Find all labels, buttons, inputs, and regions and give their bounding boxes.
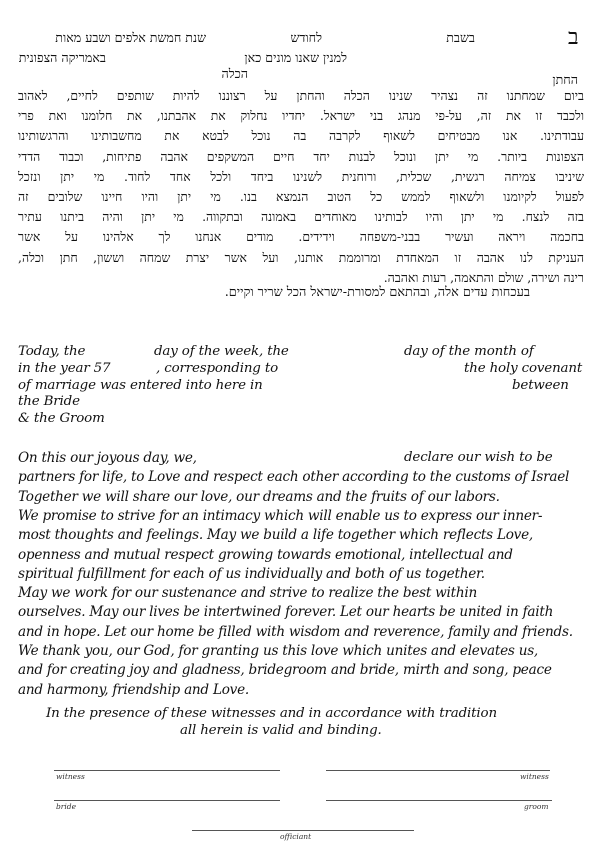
english-body-line: partners for life, to Love and respect e…: [18, 469, 569, 485]
english-body-line: most thoughts and feelings. May we build…: [18, 527, 533, 543]
hebrew-body-line: ביום שמחתנו זה נצהיר שנינו הכלה והחתן על…: [18, 88, 584, 104]
hebrew-body-line: לפעול לקיומנו ולשאוף לממש כל הטוב הנמצא …: [18, 189, 584, 205]
heb-lemanyan: למנין שאנו מונים כאן: [244, 50, 347, 66]
heb-bride-label: הכלה: [221, 66, 248, 82]
eng-closing-2: all herein is valid and binding.: [180, 723, 382, 738]
eng-covenant: the holy covenant: [464, 361, 582, 376]
english-body-line: and in hope. Let our home be filled with…: [18, 624, 573, 640]
english-body-line: On this our joyous day, we,: [18, 450, 197, 466]
eng-day-of-month: day of the month of: [404, 344, 534, 359]
eng-closing-1: In the presence of these witnesses and i…: [46, 706, 497, 721]
bride-signature-label: bride: [56, 802, 76, 811]
hebrew-letter-bet: ב: [568, 24, 579, 50]
eng-day-of-week: day of the week, the: [154, 344, 289, 359]
witness-right-line[interactable]: [326, 770, 550, 771]
heb-beshabbat: בשבת: [446, 30, 475, 46]
english-body-line: spiritual fulfillment for each of us ind…: [18, 566, 485, 582]
english-body-line: We thank you, our God, for granting us t…: [18, 643, 538, 659]
heb-year: שנת חמשת אלפים ושבע מאות: [55, 30, 206, 46]
english-body-line: Together we will share our love, our dre…: [18, 489, 500, 505]
hebrew-body-line: שיניבו צמיחה רגשית, שכלית, ורוחנית לשנינ…: [18, 169, 584, 185]
hebrew-body-line: ולכבד זו את זה, על-פי מנהג בני ישראל. יח…: [18, 108, 584, 124]
officiant-signature-line[interactable]: [192, 830, 414, 831]
hebrew-body-line: הצפונות ביותר. מי יתן ונוכל לבנות יחד חי…: [18, 149, 584, 165]
eng-today-the: Today, the: [18, 344, 85, 359]
heb-lachodesh: לחודש: [290, 30, 322, 46]
hebrew-body-line: בזה לנצח. מי יתן והיו לבותינו מאוחדים בא…: [18, 209, 584, 225]
english-body-line: and harmony, friendship and Love.: [18, 682, 249, 698]
bride-signature-line[interactable]: [54, 800, 280, 801]
eng-the-groom: & the Groom: [18, 411, 105, 426]
eng-marriage-entered: of marriage was entered into here in: [18, 378, 263, 393]
english-body-line: openness and mutual respect growing towa…: [18, 547, 513, 563]
hebrew-body-line: העניקת לנו אהבה זו המאחדת ומרוממת אותנו,…: [18, 250, 584, 266]
english-body-line: and for creating joy and gladness, bride…: [18, 662, 552, 678]
heb-place: באמריקה הצפונית: [19, 50, 106, 66]
english-body-line: ourselves. May our lives be intertwined …: [18, 604, 553, 620]
hebrew-body-line: בחכמה ויראה ועשיר בבני-משפחה וידידים. מו…: [18, 229, 584, 245]
hebrew-body-line: עבודתינו. אנו מבטיחים לשאוף לקרבה בה נוכ…: [18, 128, 584, 144]
witness-left-label: witness: [56, 772, 85, 781]
witness-right-label: witness: [520, 772, 549, 781]
hebrew-body-line: רינה ושירה, שולם והתאמה, רעות ואהבה.: [18, 270, 584, 286]
eng-between: between: [512, 378, 569, 393]
english-body-line: We promise to strive for an intimacy whi…: [18, 508, 542, 524]
groom-signature-line[interactable]: [326, 800, 552, 801]
eng-the-bride: the Bride: [18, 394, 80, 409]
heb-closing: בעכחות עדים אלה, ובהתאם למסורת-ישראל הכל…: [225, 285, 530, 300]
heb-groom-label: החתן: [552, 72, 578, 88]
witness-left-line[interactable]: [54, 770, 280, 771]
officiant-signature-label: officiant: [280, 832, 311, 841]
eng-declare: declare our wish to be: [404, 450, 553, 465]
english-body-line: May we work for our sustenance and striv…: [18, 585, 477, 601]
eng-in-year: in the year 57: [18, 361, 110, 376]
eng-corresponding: , corresponding to: [156, 361, 278, 376]
groom-signature-label: groom: [524, 802, 549, 811]
